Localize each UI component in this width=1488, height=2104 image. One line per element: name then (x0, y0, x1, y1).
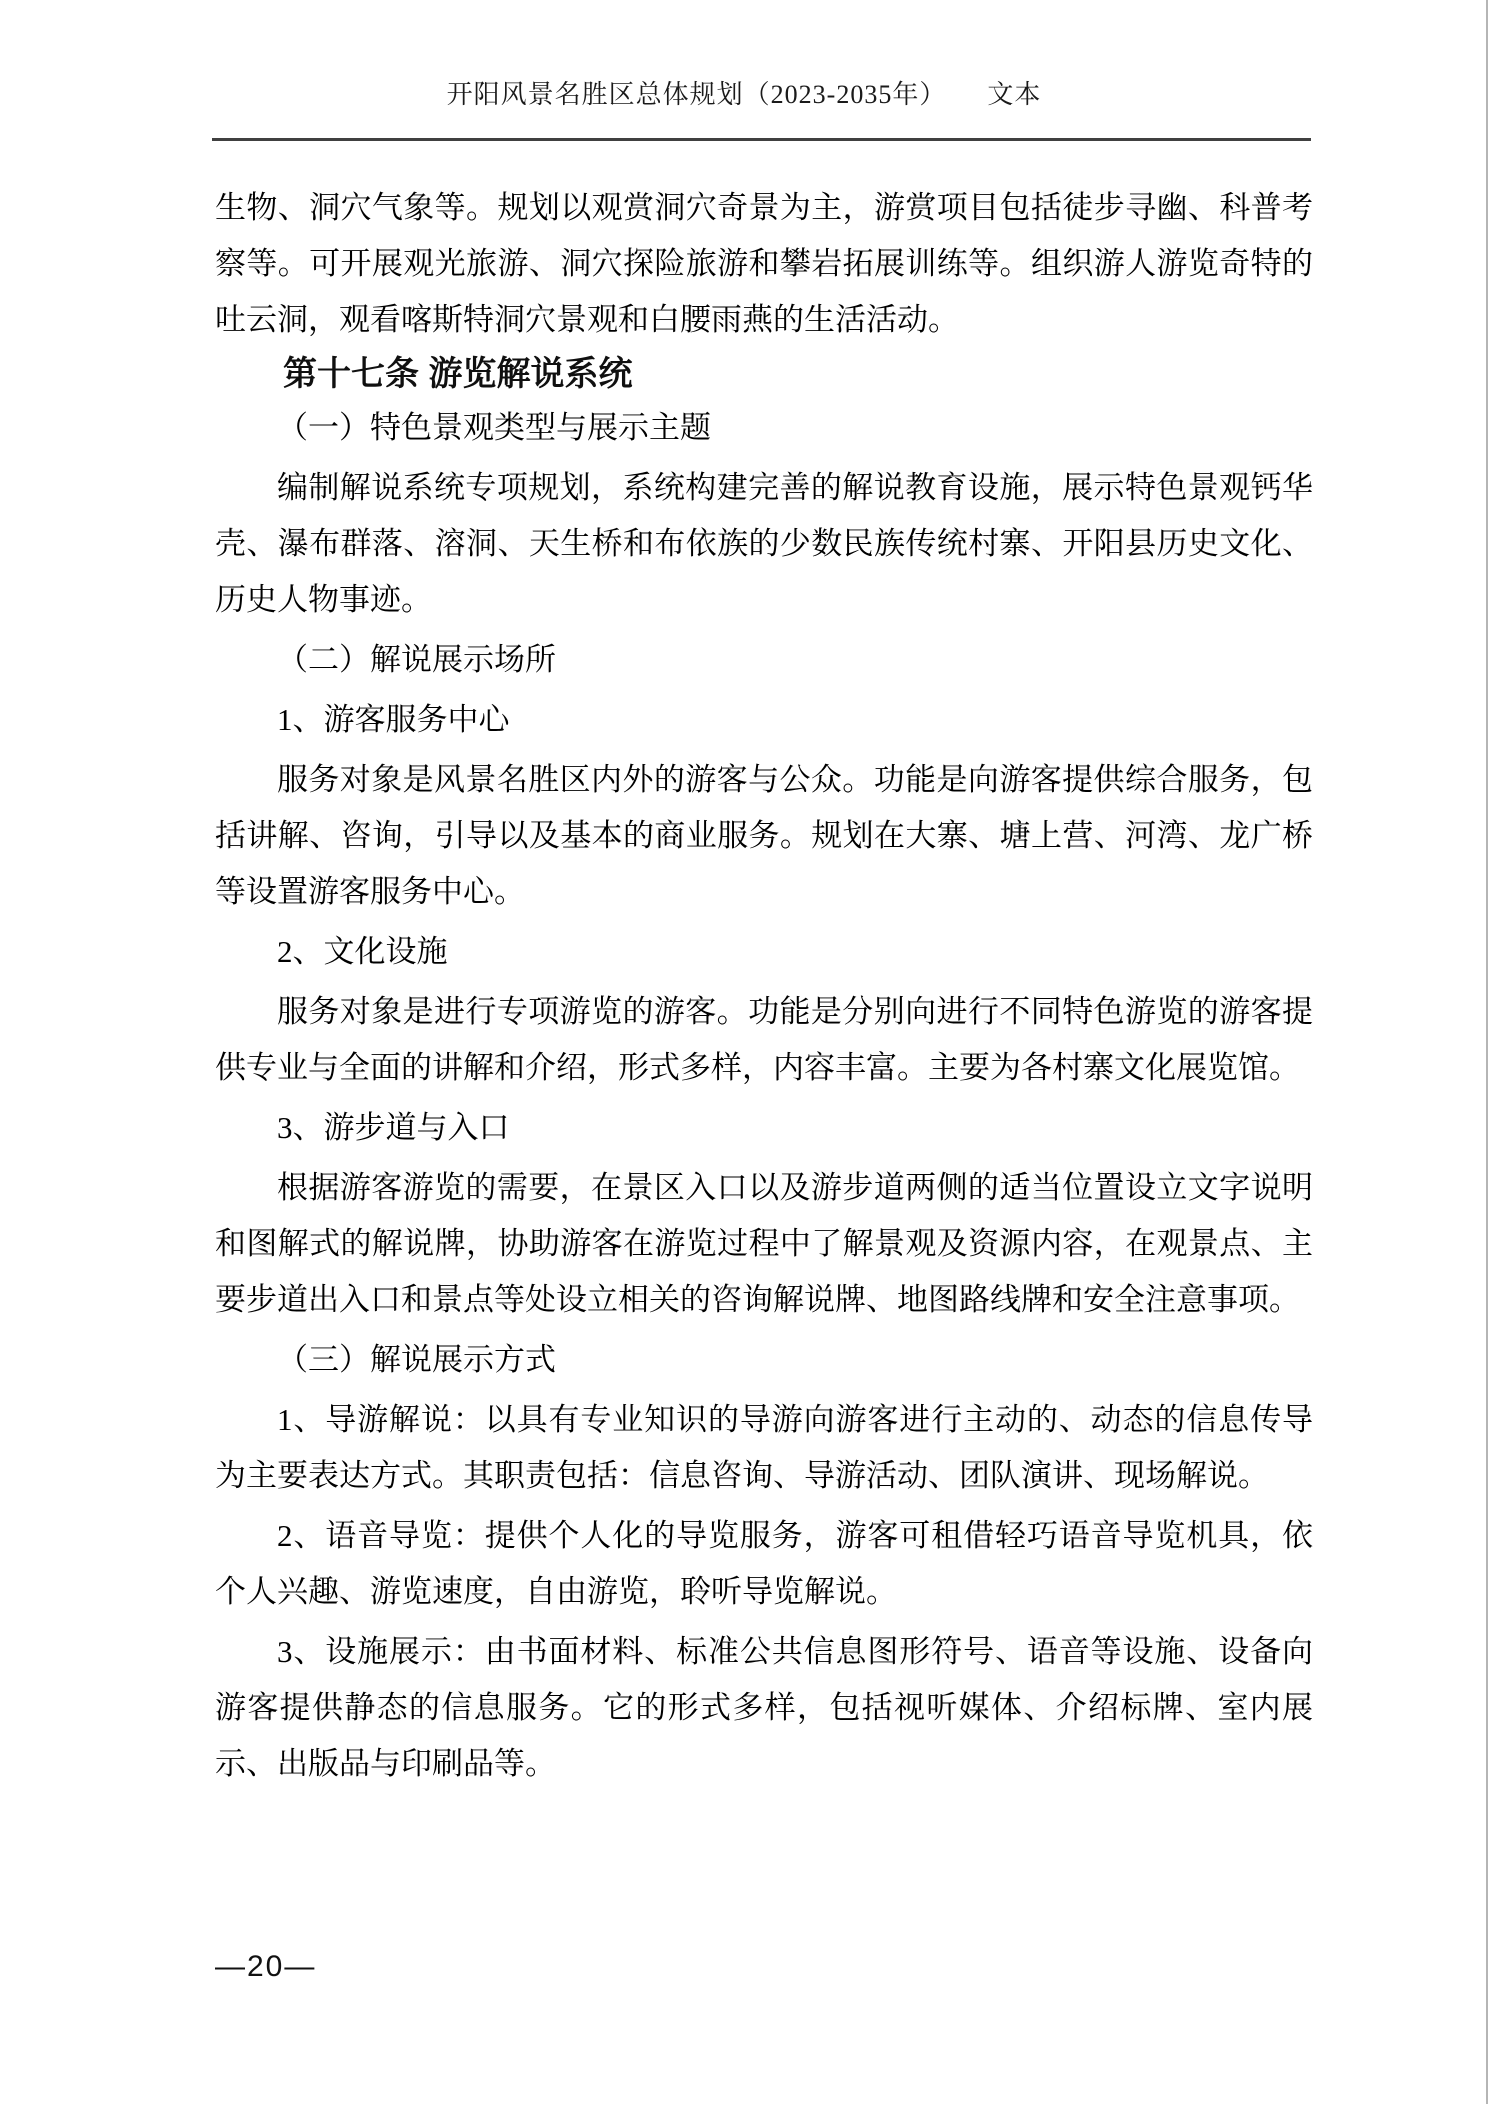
paragraph: 1、导游解说：以具有专业知识的导游向游客进行主动的、动态的信息传导为主要表达方式… (215, 1392, 1313, 1504)
paragraph: 3、设施展示：由书面材料、标准公共信息图形符号、语音等设施、设备向游客提供静态的… (215, 1624, 1313, 1792)
paragraph: （一）特色景观类型与展示主题 (215, 400, 1313, 456)
paragraph: 2、语音导览：提供个人化的导览服务，游客可租借轻巧语音导览机具，依个人兴趣、游览… (215, 1508, 1313, 1620)
document-body: 生物、洞穴气象等。规划以观赏洞穴奇景为主，游赏项目包括徒步寻幽、科普考察等。可开… (215, 180, 1313, 1796)
paragraph: 服务对象是风景名胜区内外的游客与公众。功能是向游客提供综合服务，包括讲解、咨询，… (215, 752, 1313, 920)
section-body: （一）特色景观类型与展示主题编制解说系统专项规划，系统构建完善的解说教育设施，展… (215, 400, 1313, 1792)
page-header: 开阳风景名胜区总体规划（2023-2035年） 文本 (0, 74, 1488, 111)
header-title: 开阳风景名胜区总体规划（2023-2035年） 文本 (447, 80, 1042, 109)
header-rule-divider (212, 138, 1311, 141)
paragraph: 根据游客游览的需要，在景区入口以及游步道两侧的适当位置设立文字说明和图解式的解说… (215, 1160, 1313, 1328)
section-heading: 第十七条 游览解说系统 (215, 352, 1313, 396)
page-number: —20— (215, 1950, 316, 1983)
paragraph: 2、文化设施 (215, 924, 1313, 980)
paragraph: （三）解说展示方式 (215, 1332, 1313, 1388)
paragraph: （二）解说展示场所 (215, 632, 1313, 688)
paragraph: 编制解说系统专项规划，系统构建完善的解说教育设施，展示特色景观钙华壳、瀑布群落、… (215, 460, 1313, 628)
paragraph: 1、游客服务中心 (215, 692, 1313, 748)
intro-paragraph: 生物、洞穴气象等。规划以观赏洞穴奇景为主，游赏项目包括徒步寻幽、科普考察等。可开… (215, 180, 1313, 348)
page-footer: —20— (215, 1950, 316, 1984)
document-page: { "page": { "header": { "title": "开阳风景名胜… (0, 0, 1488, 2104)
paragraph: 3、游步道与入口 (215, 1100, 1313, 1156)
paragraph: 服务对象是进行专项游览的游客。功能是分别向进行不同特色游览的游客提供专业与全面的… (215, 984, 1313, 1096)
